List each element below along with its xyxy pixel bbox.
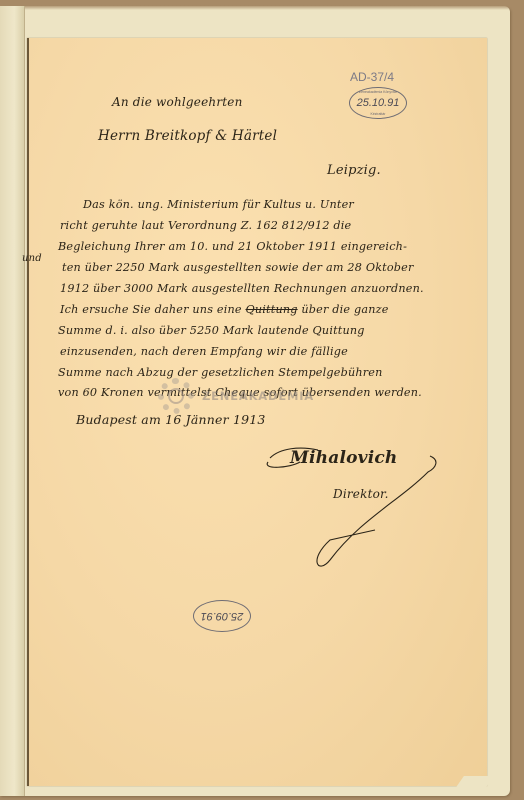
body-line-2: richt geruhte laut Verordnung Z. 162 812… bbox=[60, 219, 351, 232]
watermark-text: ZENEAKADÉMIA bbox=[202, 389, 314, 403]
salutation-line-1: An die wohlgeehrten bbox=[112, 95, 243, 109]
struck-word: Quittung bbox=[246, 303, 298, 316]
signature-title: Direktor. bbox=[333, 487, 389, 501]
torn-edge bbox=[0, 0, 524, 10]
stamp-date-bottom: 25.09.91 bbox=[201, 610, 244, 622]
library-stamp-top: Zeneakadémia Könyvtár 25.10.91 Kézirattá… bbox=[349, 87, 407, 119]
date-line: Budapest am 16 Jänner 1913 bbox=[76, 412, 266, 427]
library-stamp-bottom: 25.09.91 bbox=[193, 600, 251, 632]
stamp-ring-text-top: Zeneakadémia Könyvtár bbox=[350, 90, 406, 94]
archive-mark: AD-37/4 bbox=[350, 70, 394, 84]
body-line-5: 1912 über 3000 Mark ausgestellten Rechnu… bbox=[60, 282, 424, 295]
body-line-1: Das kön. ung. Ministerium für Kultus u. … bbox=[83, 198, 354, 211]
zeneakademia-logo-icon bbox=[158, 378, 194, 414]
salutation-line-2: Herrn Breitkopf & Härtel bbox=[98, 128, 277, 144]
stamp-date: 25.10.91 bbox=[357, 97, 400, 109]
city-line: Leipzig. bbox=[327, 163, 381, 178]
margin-insertion: und bbox=[22, 253, 42, 264]
body-line-6-end: über die ganze bbox=[301, 303, 388, 316]
body-line-6-start: Ich ersuche Sie daher uns eine bbox=[60, 303, 242, 316]
body-line-8: einzusenden, nach deren Empfang wir die … bbox=[60, 345, 348, 358]
body-line-4: ten über 2250 Mark ausgestellten sowie d… bbox=[62, 261, 414, 274]
body-line-7: Summe d. i. also über 5250 Mark lautende… bbox=[58, 324, 365, 337]
signature: Mihalovich bbox=[290, 448, 398, 468]
zeneakademia-watermark: ZENEAKADÉMIA bbox=[158, 378, 314, 414]
album-spine bbox=[0, 6, 25, 796]
body-line-6: Ich ersuche Sie daher uns eine Quittung … bbox=[60, 303, 389, 316]
body-line-3: Begleichung Ihrer am 10. und 21 Oktober … bbox=[58, 240, 407, 253]
stamp-ring-text-bottom: Kézirattár bbox=[350, 112, 406, 116]
